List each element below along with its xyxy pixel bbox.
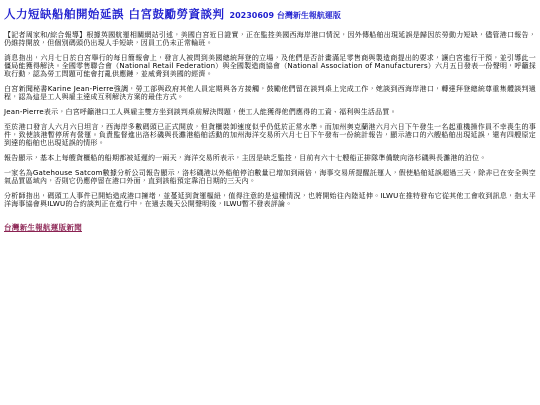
- article-paragraph: 報告顯示，基本上每艘貨櫃船的船期都被延遲約一兩天，海洋交易所表示，主因是缺乏監控…: [4, 154, 536, 162]
- article-body: 【記者周家和/綜合報導】根據英國航運相關網站引述，美國白宮近日證實，正在監控美國…: [4, 31, 536, 208]
- article-paragraph: Jean-Pierre表示，白宮呼籲港口工人與雇主雙方坐到談判桌前解決問題，使工…: [4, 108, 536, 116]
- article-paragraph: 分析師指出，碼頭工人事件已開始造成港口擁堵，並蔓延到貨運樞紐，值得注意的是這種情…: [4, 192, 536, 208]
- article-date-source: 20230609 台灣新生報航運版: [230, 11, 341, 20]
- page-title: 人力短缺船舶開始延誤 白宮鼓勵勞資談判20230609 台灣新生報航運版: [4, 3, 536, 22]
- article-title: 人力短缺船舶開始延誤 白宮鼓勵勞資談判: [4, 7, 225, 21]
- article-paragraph: 一家名為Gatehouse Satcom數據分析公司報告顯示，洛杉磯港以外船舶停…: [4, 169, 536, 185]
- article-paragraph: 白宮新聞秘書Karine Jean-Pierre強調，勞工部與政府其他人員定期與…: [4, 85, 536, 101]
- article-paragraph: 消息指出，六月七日於白宮舉行的每日簡報會上，發言人被問到美國總統拜登的立場，及他…: [4, 54, 536, 78]
- article-paragraph: 【記者周家和/綜合報導】根據英國航運相關網站引述，美國白宮近日證實，正在監控美國…: [4, 31, 536, 47]
- article-paragraph: 至於港口發言人六月六日坦言，西海岸多數碼頭已正式開放，但貨櫃裝卸速度似乎仍低於正…: [4, 123, 536, 147]
- news-section-link[interactable]: 台灣新生報航運版新聞: [4, 222, 82, 233]
- article-page: 人力短缺船舶開始延誤 白宮鼓勵勞資談判20230609 台灣新生報航運版 【記者…: [0, 0, 540, 234]
